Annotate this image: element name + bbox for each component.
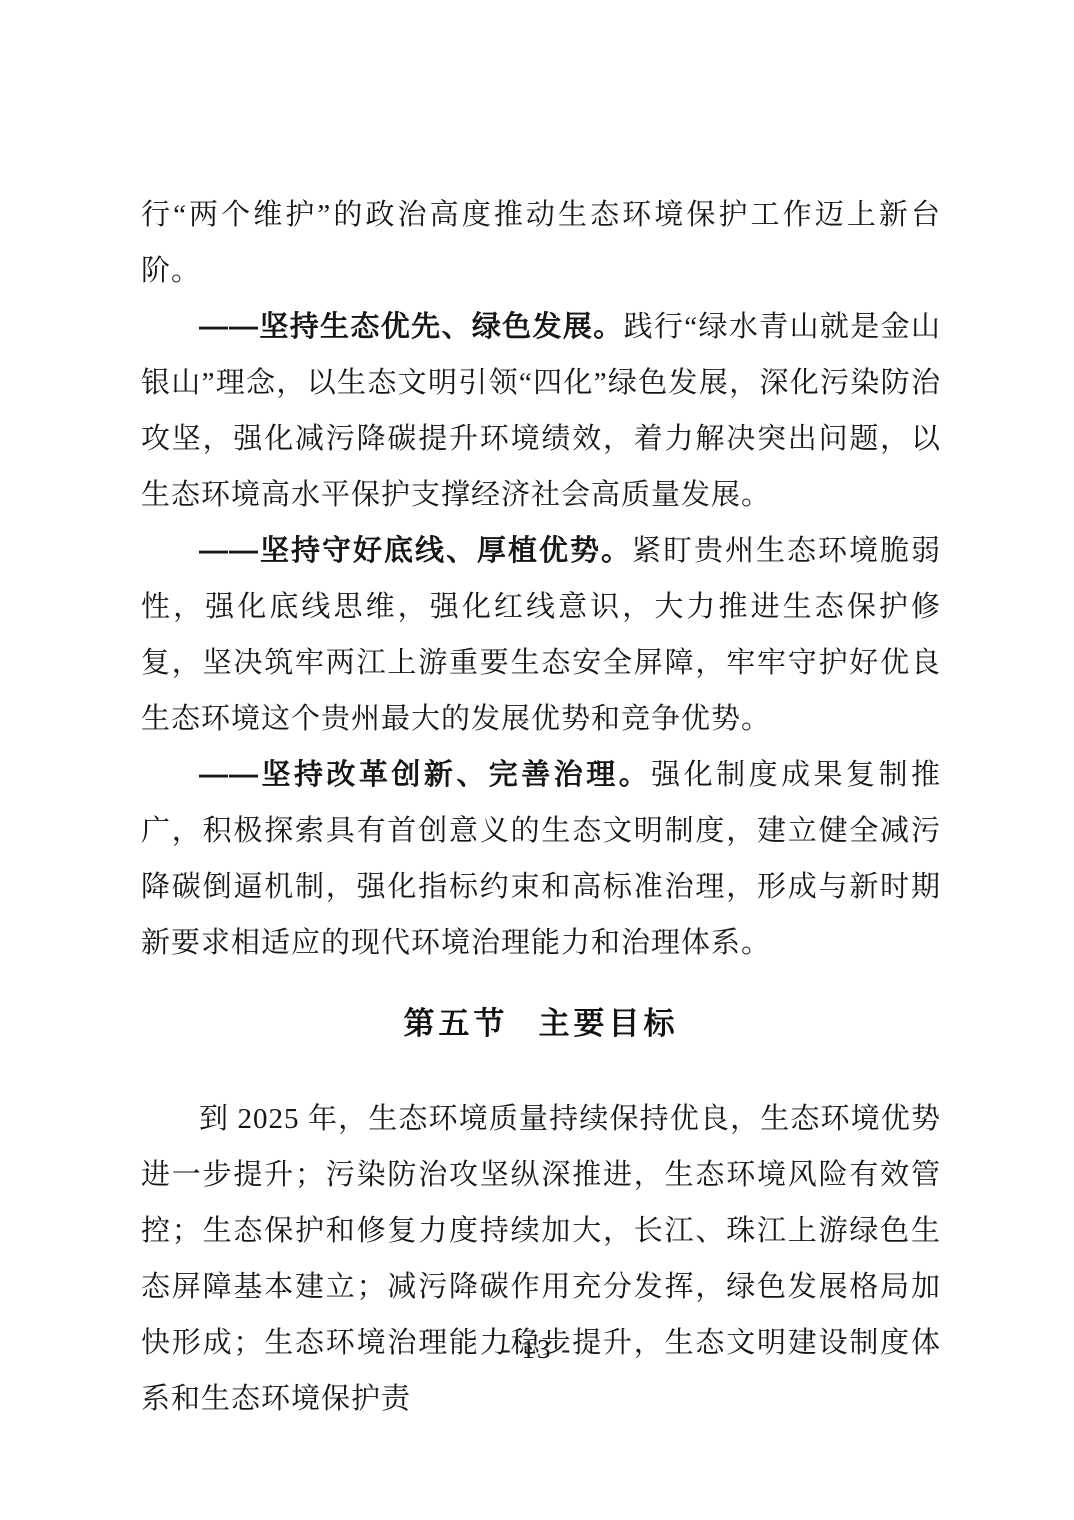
paragraph-principle-2: ——坚持守好底线、厚植优势。紧盯贵州生态环境脆弱性，强化底线思维，强化红线意识，… — [141, 523, 941, 747]
document-page: 行“两个维护”的政治高度推动生态环境保护工作迈上新台阶。 ——坚持生态优先、绿色… — [0, 0, 1074, 1520]
paragraph-principle-3: ——坚持改革创新、完善治理。强化制度成果复制推广，积极探索具有首创意义的生态文明… — [141, 747, 941, 971]
document-body: 行“两个维护”的政治高度推动生态环境保护工作迈上新台阶。 ——坚持生态优先、绿色… — [141, 187, 941, 1427]
principle-2-lead: ——坚持守好底线、厚植优势。 — [199, 535, 632, 567]
paragraph-continuation: 行“两个维护”的政治高度推动生态环境保护工作迈上新台阶。 — [141, 187, 941, 299]
paragraph-goals: 到 2025 年，生态环境质量持续保持优良，生态环境优势进一步提升；污染防治攻坚… — [141, 1091, 941, 1427]
section-heading-title: 主要目标 — [539, 1006, 679, 1041]
principle-3-lead: ——坚持改革创新、完善治理。 — [199, 759, 651, 791]
principle-1-lead: ——坚持生态优先、绿色发展。 — [199, 311, 624, 343]
section-heading: 第五节主要目标 — [141, 996, 941, 1052]
page-number: - 13 - — [0, 1334, 1074, 1365]
paragraph-principle-1: ——坚持生态优先、绿色发展。践行“绿水青山就是金山银山”理念，以生态文明引领“四… — [141, 299, 941, 523]
section-heading-label: 第五节 — [404, 1006, 509, 1041]
